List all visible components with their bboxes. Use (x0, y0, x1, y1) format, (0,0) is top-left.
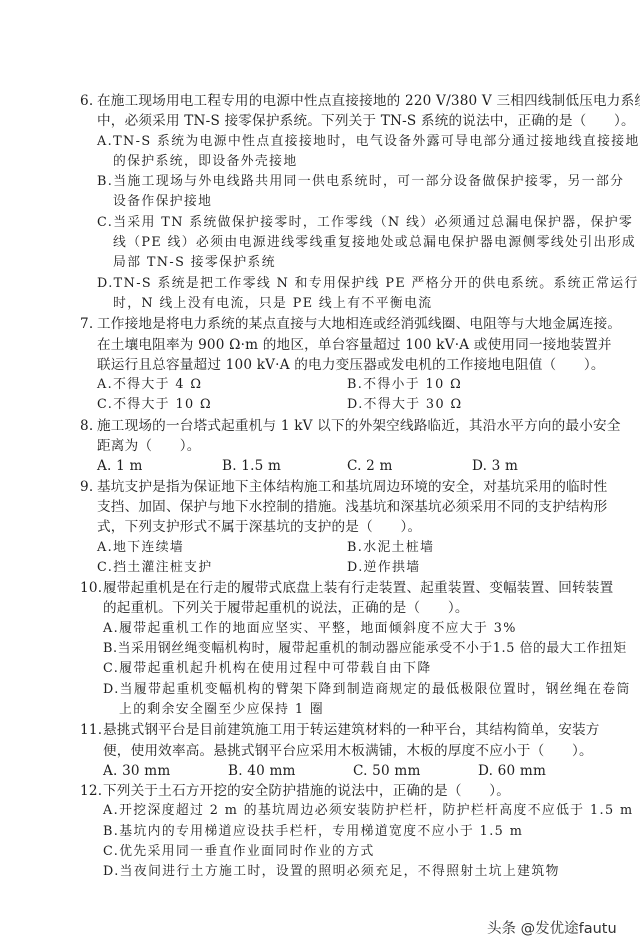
option-text: 3 m (492, 458, 518, 474)
option-a: A. 30 mm (103, 761, 170, 781)
option-text: 上的剩余安全圈至少应保持 1 圈 (119, 700, 324, 720)
question-number: 8. (80, 416, 93, 436)
option-text: 时，N 线上没有电流，只是 PE 线上有不平衡电流 (113, 294, 433, 314)
option-text: 不得大于 30 Ω (364, 397, 463, 412)
option-text: 40 mm (247, 763, 295, 779)
option-label: C. (347, 458, 362, 474)
option-a: A.履带起重机工作的地面应坚实、平整，地面倾斜度不应大于 3% (80, 619, 600, 639)
option-text: 不得小于 10 Ω (363, 377, 462, 392)
option-d: D.当履带起重机变幅机构的臂架下降到制造商规定的最低极限位置时，钢丝绳在卷筒 (80, 680, 600, 700)
option-text: 挡土灌注桩支护 (113, 560, 212, 575)
option-d: D. 3 m (472, 456, 518, 476)
option-text: 当施工现场与外电线路共用同一供电系统时，可一部分设备做保护接零，另一部分 (113, 174, 624, 189)
question-stem: 履带起重机是在行走的履带式底盘上装有行走装置、起重装置、变幅装置、回转装置 (103, 578, 613, 598)
option-b: B.不得小于 10 Ω (347, 375, 462, 395)
option-label: B. (228, 763, 243, 779)
option-b: B.基坑内的专用梯道应设扶手栏杆，专用梯道宽度不应小于 1.5 m (80, 822, 600, 842)
option-a: A.TN-S 系统为电源中性点直接接地时，电气设备外露可导电部分通过接地线直接接… (80, 132, 600, 152)
option-label: B. (347, 540, 363, 555)
option-c: C.履带起重机起升机构在使用过程中可带载自由下降 (80, 659, 600, 679)
option-label: C. (353, 763, 368, 779)
option-label: D. (103, 864, 120, 879)
option-b: B.当施工现场与外电线路共用同一供电系统时，可一部分设备做保护接零，另一部分 (80, 172, 600, 192)
option-label: C. (103, 844, 119, 859)
option-d: D.当夜间进行土方施工时，设置的照明必须充足，不得照射土坑上建筑物 (80, 862, 600, 882)
watermark: 头条 @发优途fautu (487, 917, 617, 938)
question-8: 8.施工现场的一台塔式起重机与 1 kV 以下的外架空线路临近，其沿水平方向的最… (80, 416, 600, 477)
question-stem: 在施工现场用电工程专用的电源中性点直接接地的 220 V/380 V 三相四线制… (97, 91, 640, 111)
option-text: 开挖深度超过 2 m 的基坑周边必须安装防护栏杆，防护栏杆高度不应低于 1.5 … (119, 803, 633, 818)
option-text: 当夜间进行土方施工时，设置的照明必须充足，不得照射土坑上建筑物 (120, 864, 560, 879)
option-text: 线（PE 线）必须由电源进线零线重复接地处或总漏电保护器电源侧零线处引出形成 (113, 233, 636, 253)
option-label: C. (97, 215, 113, 230)
option-label: A. (103, 763, 118, 779)
option-text: 履带起重机工作的地面应坚实、平整，地面倾斜度不应大于 3% (119, 621, 517, 636)
question-stem: 在土壤电阻率为 900 Ω·m 的地区，单台容量超过 100 kV·A 或使用同… (97, 335, 612, 355)
question-stem: 便，使用效率高。悬挑式钢平台应采用木板满铺，木板的厚度不应小于（ ）。 (103, 741, 593, 761)
option-text: 优先采用同一垂直作业面同时作业的方式 (119, 844, 375, 859)
option-c: C.挡土灌注桩支护 (97, 558, 213, 578)
option-c: C.不得大于 10 Ω (97, 395, 212, 415)
option-a: A.开挖深度超过 2 m 的基坑周边必须安装防护栏杆，防护栏杆高度不应低于 1.… (80, 801, 600, 821)
question-12: 12.下列关于土石方开挖的安全防护措施的说法中，正确的是（ ）。 A.开挖深度超… (80, 781, 600, 882)
question-number: 9. (80, 477, 93, 497)
option-text: TN-S 系统为电源中性点直接接地时，电气设备外露可导电部分通过接地线直接接地 (113, 134, 640, 149)
question-number: 11. (80, 720, 102, 740)
question-11: 11.悬挑式钢平台是目前建筑施工用于转运建筑材料的一种平台，其结构简单，安装方 … (80, 720, 600, 781)
option-label: D. (103, 682, 120, 697)
question-stem: 施工现场的一台塔式起重机与 1 kV 以下的外架空线路临近，其沿水平方向的最小安… (97, 416, 621, 436)
option-a: A. 1 m (97, 456, 143, 476)
option-label: B. (97, 174, 113, 189)
option-text: TN-S 系统是把工作零线 N 和专用保护线 PE 严格分开的供电系统。系统正常… (114, 276, 639, 291)
option-label: D. (478, 763, 493, 779)
option-label: D. (97, 276, 114, 291)
option-text: 基坑内的专用梯道应设扶手栏杆，专用梯道宽度不应小于 1.5 m (119, 824, 523, 839)
option-d: D.不得大于 30 Ω (347, 395, 463, 415)
option-text: 设备作保护接地 (113, 192, 212, 212)
option-label: A. (103, 621, 119, 636)
option-label: C. (97, 397, 113, 412)
option-label: B. (103, 824, 119, 839)
question-6: 6.在施工现场用电工程专用的电源中性点直接接地的 220 V/380 V 三相四… (80, 91, 600, 314)
question-stem: 支挡、加固、保护与地下水控制的措施。浅基坑和深基坑必须采用不同的支护结构形 (97, 497, 607, 517)
option-text: 2 m (366, 458, 392, 474)
question-stem: 联运行且总容量超过 100 kV·A 的电力变压器或发电机的工作接地电阻值（ ）… (97, 355, 605, 375)
option-label: B. (222, 458, 237, 474)
question-stem: 式，下列支护形式不属于深基坑的支护的是（ ）。 (97, 517, 421, 537)
option-text: 当采用 TN 系统做保护接零时，工作零线（N 线）必须通过总漏电保护器，保护零 (113, 215, 633, 230)
option-text: 的保护系统，即设备外壳接地 (113, 152, 298, 172)
option-b: B.当采用钢丝绳变幅机构时，履带起重机的制动器应能承受不小于1.5 倍的最大工作… (80, 639, 600, 659)
exam-page: 6.在施工现场用电工程专用的电源中性点直接接地的 220 V/380 V 三相四… (80, 91, 600, 883)
option-b: B. 1.5 m (222, 456, 281, 476)
option-label: D. (347, 560, 364, 575)
question-stem: 中，必须采用 TN-S 接零保护系统。下列关于 TN-S 系统的说法中，正确的是… (97, 111, 635, 131)
option-label: A. (97, 377, 113, 392)
option-label: A. (97, 540, 113, 555)
option-text: 水泥土桩墙 (363, 540, 434, 555)
option-a: A.地下连续墙 (97, 538, 184, 558)
question-number: 12. (80, 781, 102, 801)
option-label: B. (347, 377, 363, 392)
option-text: 逆作拱墙 (364, 560, 421, 575)
question-stem: 工作接地是将电力系统的某点直接与大地相连或经消弧线圈、电阻等与大地金属连接。 (97, 314, 621, 334)
option-label: D. (472, 458, 487, 474)
option-text: 1 m (116, 458, 142, 474)
option-label: C. (103, 661, 119, 676)
option-label: D. (347, 397, 364, 412)
option-b: B.水泥土桩墙 (347, 538, 434, 558)
option-c: C. 50 mm (353, 761, 421, 781)
option-text: 50 mm (372, 763, 420, 779)
option-text: 不得大于 10 Ω (113, 397, 212, 412)
option-text: 当采用钢丝绳变幅机构时，履带起重机的制动器应能承受不小于1.5 倍的最大工作扭矩 (118, 641, 627, 656)
option-label: A. (97, 458, 112, 474)
option-label: A. (97, 134, 113, 149)
option-text: 60 mm (498, 763, 546, 779)
question-number: 6. (80, 91, 93, 111)
option-label: A. (103, 803, 119, 818)
option-text: 局部 TN-S 接零保护系统 (113, 253, 276, 273)
question-9: 9.基坑支护是指为保证地下主体结构施工和基坑周边环境的安全，对基坑采用的临时性 … (80, 477, 600, 578)
option-d: D. 60 mm (478, 761, 546, 781)
question-7: 7.工作接地是将电力系统的某点直接与大地相连或经消弧线圈、电阻等与大地金属连接。… (80, 314, 600, 415)
option-text: 履带起重机起升机构在使用过程中可带载自由下降 (119, 661, 431, 676)
question-stem: 下列关于土石方开挖的安全防护措施的说法中，正确的是（ ）。 (103, 781, 510, 801)
question-stem: 基坑支护是指为保证地下主体结构施工和基坑周边环境的安全，对基坑采用的临时性 (97, 477, 607, 497)
option-c: C. 2 m (347, 456, 393, 476)
option-text: 1.5 m (241, 458, 281, 474)
option-label: B. (103, 641, 118, 656)
option-text: 当履带起重机变幅机构的臂架下降到制造商规定的最低极限位置时，钢丝绳在卷筒 (120, 682, 631, 697)
option-c: C.优先采用同一垂直作业面同时作业的方式 (80, 842, 600, 862)
option-c: C.当采用 TN 系统做保护接零时，工作零线（N 线）必须通过总漏电保护器，保护… (80, 213, 600, 233)
question-number: 7. (80, 314, 93, 334)
option-text: 地下连续墙 (113, 540, 184, 555)
option-d: D.TN-S 系统是把工作零线 N 和专用保护线 PE 严格分开的供电系统。系统… (80, 274, 600, 294)
question-number: 10. (80, 578, 102, 598)
option-d: D.逆作拱墙 (347, 558, 420, 578)
option-text: 不得大于 4 Ω (113, 377, 202, 392)
option-a: A.不得大于 4 Ω (97, 375, 202, 395)
option-text: 30 mm (122, 763, 170, 779)
option-label: C. (97, 560, 113, 575)
question-stem: 悬挑式钢平台是目前建筑施工用于转运建筑材料的一种平台，其结构简单，安装方 (103, 720, 600, 740)
question-stem: 的起重机。下列关于履带起重机的说法，正确的是（ ）。 (103, 598, 469, 618)
question-stem: 距离为（ ）。 (97, 436, 201, 456)
option-b: B. 40 mm (228, 761, 296, 781)
question-10: 10.履带起重机是在行走的履带式底盘上装有行走装置、起重装置、变幅装置、回转装置… (80, 578, 600, 720)
